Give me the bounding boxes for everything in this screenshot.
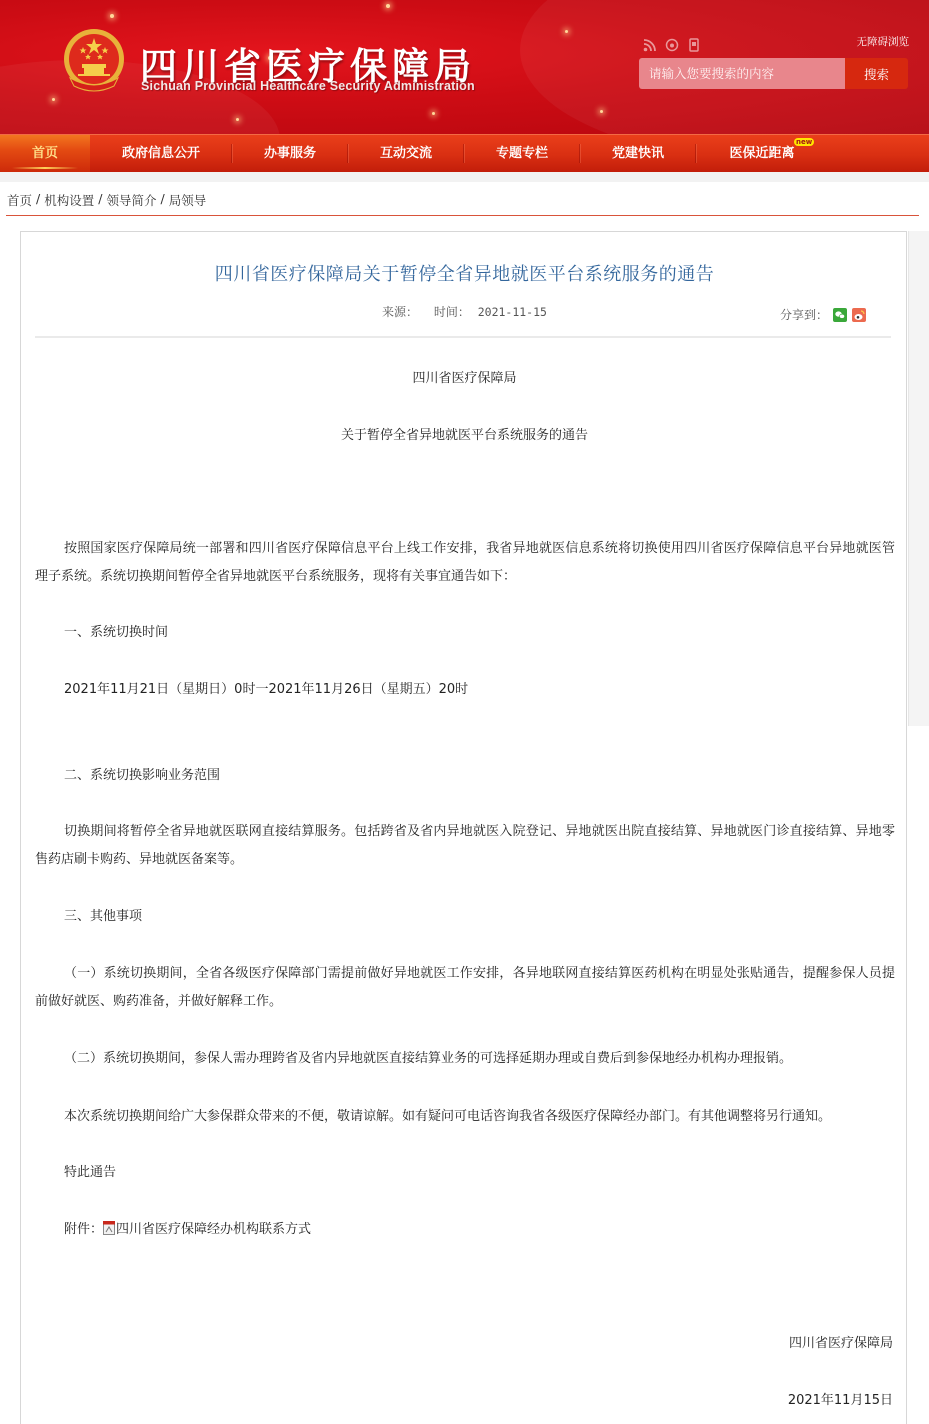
breadcrumb-item-home[interactable]: 首页 bbox=[7, 191, 32, 209]
rss-icon[interactable] bbox=[643, 38, 657, 52]
nav-item-medical-insurance-close[interactable]: 医保近距离 new bbox=[696, 135, 828, 172]
mobile-icon[interactable] bbox=[687, 38, 701, 52]
body-heading-subject: 关于暂停全省异地就医平台系统服务的通告 bbox=[0, 422, 929, 450]
section2-body: 切换期间将暂停全省异地就医联网直接结算服务。包括跨省及省内异地就医入院登记、异地… bbox=[35, 818, 895, 874]
signature-date: 2021年11月15日 bbox=[788, 1387, 893, 1415]
accessibility-link[interactable]: 无障碍浏览 bbox=[857, 34, 910, 49]
sparkle-decoration bbox=[236, 118, 239, 121]
top-icons bbox=[643, 38, 701, 52]
section2-title: 二、系统切换影响业务范围 bbox=[64, 762, 220, 790]
body-heading-org: 四川省医疗保障局 bbox=[0, 365, 929, 393]
nav-item-gov-info[interactable]: 政府信息公开 bbox=[90, 135, 232, 172]
nav-shadow bbox=[0, 172, 929, 182]
meta-divider bbox=[35, 336, 891, 338]
share-bar: 分享到： bbox=[780, 306, 866, 323]
attachment-label: 附件： bbox=[64, 1222, 103, 1237]
breadcrumb-divider bbox=[6, 215, 919, 216]
share-label: 分享到： bbox=[780, 306, 828, 323]
sparkle-decoration bbox=[386, 4, 390, 8]
nav-item-party-news[interactable]: 党建快讯 bbox=[580, 135, 696, 172]
nav-item-home[interactable]: 首页 bbox=[0, 135, 90, 172]
pdf-file-icon bbox=[103, 1221, 115, 1235]
breadcrumb-item-org[interactable]: 机构设置 bbox=[44, 191, 94, 209]
publish-date: 2021-11-15 bbox=[478, 305, 547, 319]
breadcrumb-separator: / bbox=[98, 191, 102, 209]
sparkle-decoration bbox=[565, 30, 568, 33]
breadcrumb-item-bureau-leaders[interactable]: 局领导 bbox=[169, 191, 207, 209]
nav-item-services[interactable]: 办事服务 bbox=[232, 135, 348, 172]
nav-item-label: 医保近距离 bbox=[729, 146, 794, 161]
breadcrumb-separator: / bbox=[160, 191, 164, 209]
attachment-link[interactable]: 四川省医疗保障经办机构联系方式 bbox=[116, 1222, 311, 1237]
section1-body: 2021年11月21日（星期日）0时一2021年11月26日（星期五）20时 bbox=[64, 676, 468, 704]
section3-item2: （二）系统切换期间，参保人需办理跨省及省内异地就医直接结算业务的可选择延期办理或… bbox=[35, 1045, 895, 1073]
attachment-row: 附件：四川省医疗保障经办机构联系方式 bbox=[64, 1216, 311, 1244]
sparkle-decoration bbox=[52, 98, 55, 101]
search-box: 搜索 bbox=[639, 58, 908, 89]
sparkle-decoration bbox=[600, 110, 603, 113]
source-label: 来源： bbox=[382, 305, 418, 319]
site-header: 四川省医疗保障局 Sichuan Provincial Healthcare S… bbox=[0, 0, 929, 134]
breadcrumb: 首页 / 机构设置 / 领导简介 / 局领导 bbox=[7, 191, 206, 209]
national-emblem-icon bbox=[62, 28, 126, 94]
section3-title: 三、其他事项 bbox=[64, 903, 142, 931]
main-nav: 首页 政府信息公开 办事服务 互动交流 专题专栏 党建快讯 医保近距离 new bbox=[0, 134, 929, 172]
time-label: 时间： bbox=[434, 305, 470, 319]
breadcrumb-separator: / bbox=[36, 191, 40, 209]
closing-text: 特此通告 bbox=[64, 1159, 116, 1187]
nav-item-interaction[interactable]: 互动交流 bbox=[348, 135, 464, 172]
section1-title: 一、系统切换时间 bbox=[64, 619, 168, 647]
search-button[interactable]: 搜索 bbox=[845, 58, 908, 89]
search-input[interactable] bbox=[639, 58, 845, 89]
signature-org: 四川省医疗保障局 bbox=[789, 1330, 893, 1358]
site-subtitle: Sichuan Provincial Healthcare Security A… bbox=[141, 79, 475, 93]
apology-paragraph: 本次系统切换期间给广大参保群众带来的不便，敬请谅解。如有疑问可电话咨询我省各级医… bbox=[35, 1103, 895, 1131]
weibo-icon[interactable] bbox=[665, 38, 679, 52]
sparkle-decoration bbox=[110, 14, 114, 18]
nav-item-topics[interactable]: 专题专栏 bbox=[464, 135, 580, 172]
wechat-share-icon[interactable] bbox=[833, 308, 847, 322]
sparkle-decoration bbox=[432, 112, 435, 115]
article-title: 四川省医疗保障局关于暂停全省异地就医平台系统服务的通告 bbox=[0, 260, 929, 286]
intro-paragraph: 按照国家医疗保障局统一部署和四川省医疗保障信息平台上线工作安排，我省异地就医信息… bbox=[35, 535, 895, 591]
section3-item1: （一）系统切换期间，全省各级医疗保障部门需提前做好异地就医工作安排，各异地联网直… bbox=[35, 960, 895, 1016]
weibo-share-icon[interactable] bbox=[852, 308, 866, 322]
new-badge: new bbox=[794, 138, 814, 146]
breadcrumb-item-leaders-intro[interactable]: 领导简介 bbox=[106, 191, 156, 209]
